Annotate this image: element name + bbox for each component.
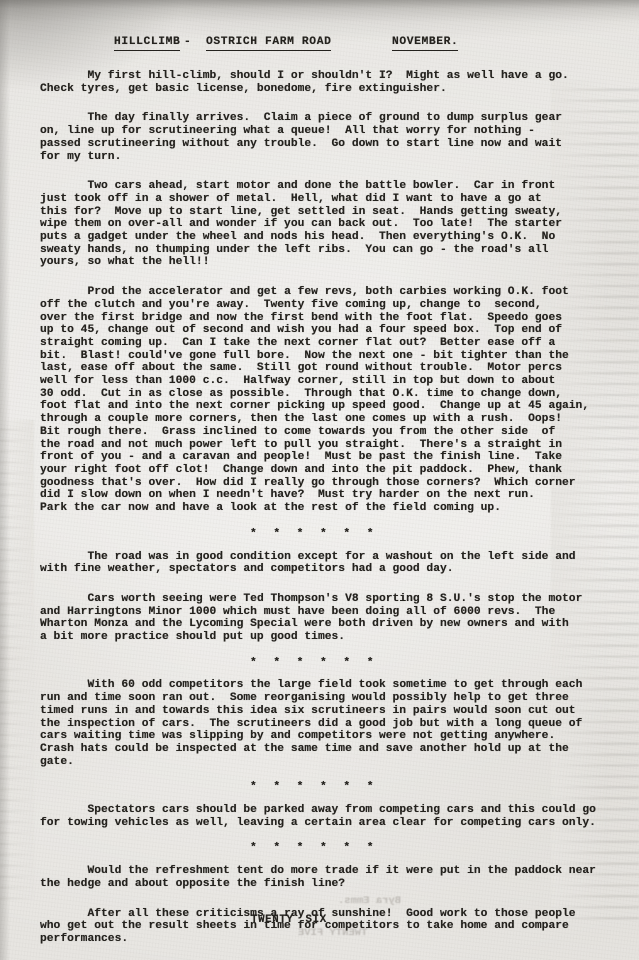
article-body: HILLCLIMB - OSTRICH FARM ROAD NOVEMBER. …	[40, 36, 614, 960]
title-location: OSTRICH FARM ROAD	[206, 36, 331, 51]
paragraph-refreshment-tent: Would the refreshment tent do more trade…	[40, 865, 614, 890]
title-dash: -	[184, 36, 191, 49]
paragraph-start-line: Two cars ahead, start motor and done the…	[40, 180, 614, 269]
asterisk-separator: * * * * * *	[40, 528, 614, 541]
scan-edge-shadow-left	[0, 0, 10, 960]
paragraph-scrutineering: The day finally arrives. Claim a piece o…	[40, 112, 614, 163]
paragraph-intro: My first hill-climb, should I or shouldn…	[40, 70, 614, 95]
bleed-through-signature: Byra Emms.	[338, 895, 401, 907]
article-title: HILLCLIMB - OSTRICH FARM ROAD NOVEMBER.	[40, 36, 614, 52]
paragraph-road-condition: The road was in good condition except fo…	[40, 551, 614, 576]
paragraph-the-run: Prod the accelerator and get a few revs,…	[40, 286, 614, 515]
title-event: HILLCLIMB	[114, 36, 180, 51]
bleed-through-page-number: TWENTY FIVE	[298, 927, 367, 939]
scan-edge-shadow-top	[0, 0, 639, 22]
paragraph-cars-worth-seeing: Cars worth seeing were Ted Thompson's V8…	[40, 593, 614, 644]
asterisk-separator: * * * * * *	[40, 781, 614, 794]
page-number: TWENTY SIX	[251, 914, 327, 926]
asterisk-separator: * * * * * *	[40, 657, 614, 670]
paragraph-competitors: With 60 odd competitors the large field …	[40, 679, 614, 768]
scanned-page: HILLCLIMB - OSTRICH FARM ROAD NOVEMBER. …	[0, 0, 639, 960]
title-month: NOVEMBER.	[392, 36, 458, 51]
paragraph-spectator-parking: Spectators cars should be parked away fr…	[40, 804, 614, 829]
asterisk-separator: * * * * * *	[40, 842, 614, 855]
bleed-through-texture-left	[0, 420, 34, 900]
